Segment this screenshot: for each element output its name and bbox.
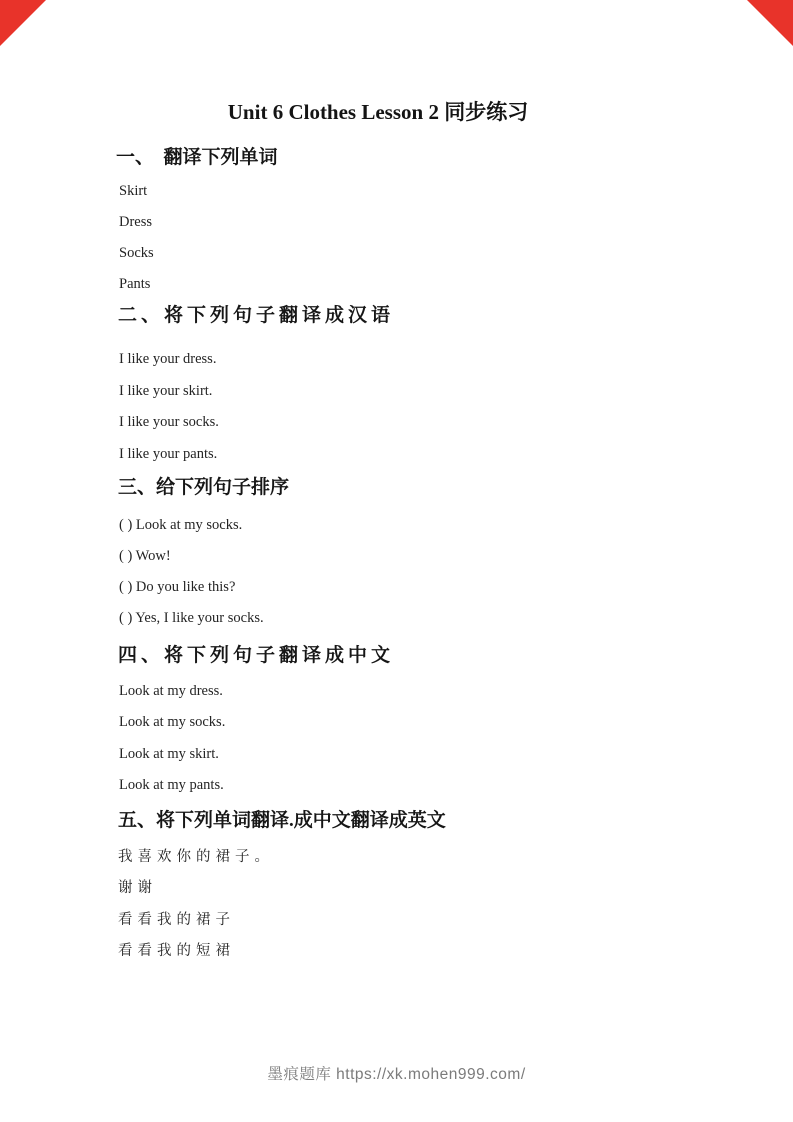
corner-decoration-right-icon — [747, 0, 793, 46]
exercise-line: ( ) Wow! — [119, 548, 171, 565]
exercise-line: ( ) Yes, I like your socks. — [119, 610, 264, 627]
exercise-line: Look at my socks. — [119, 714, 225, 731]
worksheet-page: Unit 6 Clothes Lesson 2 同步练习 一、 翻译下列单词 S… — [0, 0, 793, 1122]
section-3-heading: 三、给下列句子排序 — [118, 477, 289, 500]
exercise-line: Skirt — [119, 183, 147, 200]
exercise-line: I like your skirt. — [119, 383, 212, 400]
exercise-line: Pants — [119, 276, 150, 293]
exercise-line: I like your dress. — [119, 351, 216, 368]
site-watermark: 墨痕题库 https://xk.mohen999.com/ — [0, 1066, 793, 1085]
exercise-line: Look at my pants. — [119, 777, 224, 794]
section-4-heading: 四、将下列句子翻译成中文 — [118, 645, 394, 668]
page-title: Unit 6 Clothes Lesson 2 同步练习 — [0, 100, 756, 125]
exercise-line: 看看我的短裙 — [118, 943, 235, 960]
corner-decoration-left-icon — [0, 0, 46, 46]
section-5-heading: 五、将下列单词翻译.成中文翻译成英文 — [118, 810, 446, 833]
exercise-line: I like your pants. — [119, 446, 217, 463]
exercise-line: ( ) Look at my socks. — [119, 517, 242, 534]
exercise-line: 看看我的裙子 — [118, 912, 235, 929]
exercise-line: ( ) Do you like this? — [119, 579, 235, 596]
exercise-line: Look at my dress. — [119, 683, 223, 700]
exercise-line: 谢谢 — [118, 880, 157, 897]
section-2-heading: 二、将下列句子翻译成汉语 — [118, 305, 394, 328]
exercise-line: Look at my skirt. — [119, 746, 219, 763]
exercise-line: 我喜欢你的裙子。 — [118, 849, 274, 866]
exercise-line: Socks — [119, 245, 154, 262]
exercise-line: Dress — [119, 214, 152, 231]
section-1-heading: 一、 翻译下列单词 — [116, 147, 278, 170]
exercise-line: I like your socks. — [119, 414, 219, 431]
